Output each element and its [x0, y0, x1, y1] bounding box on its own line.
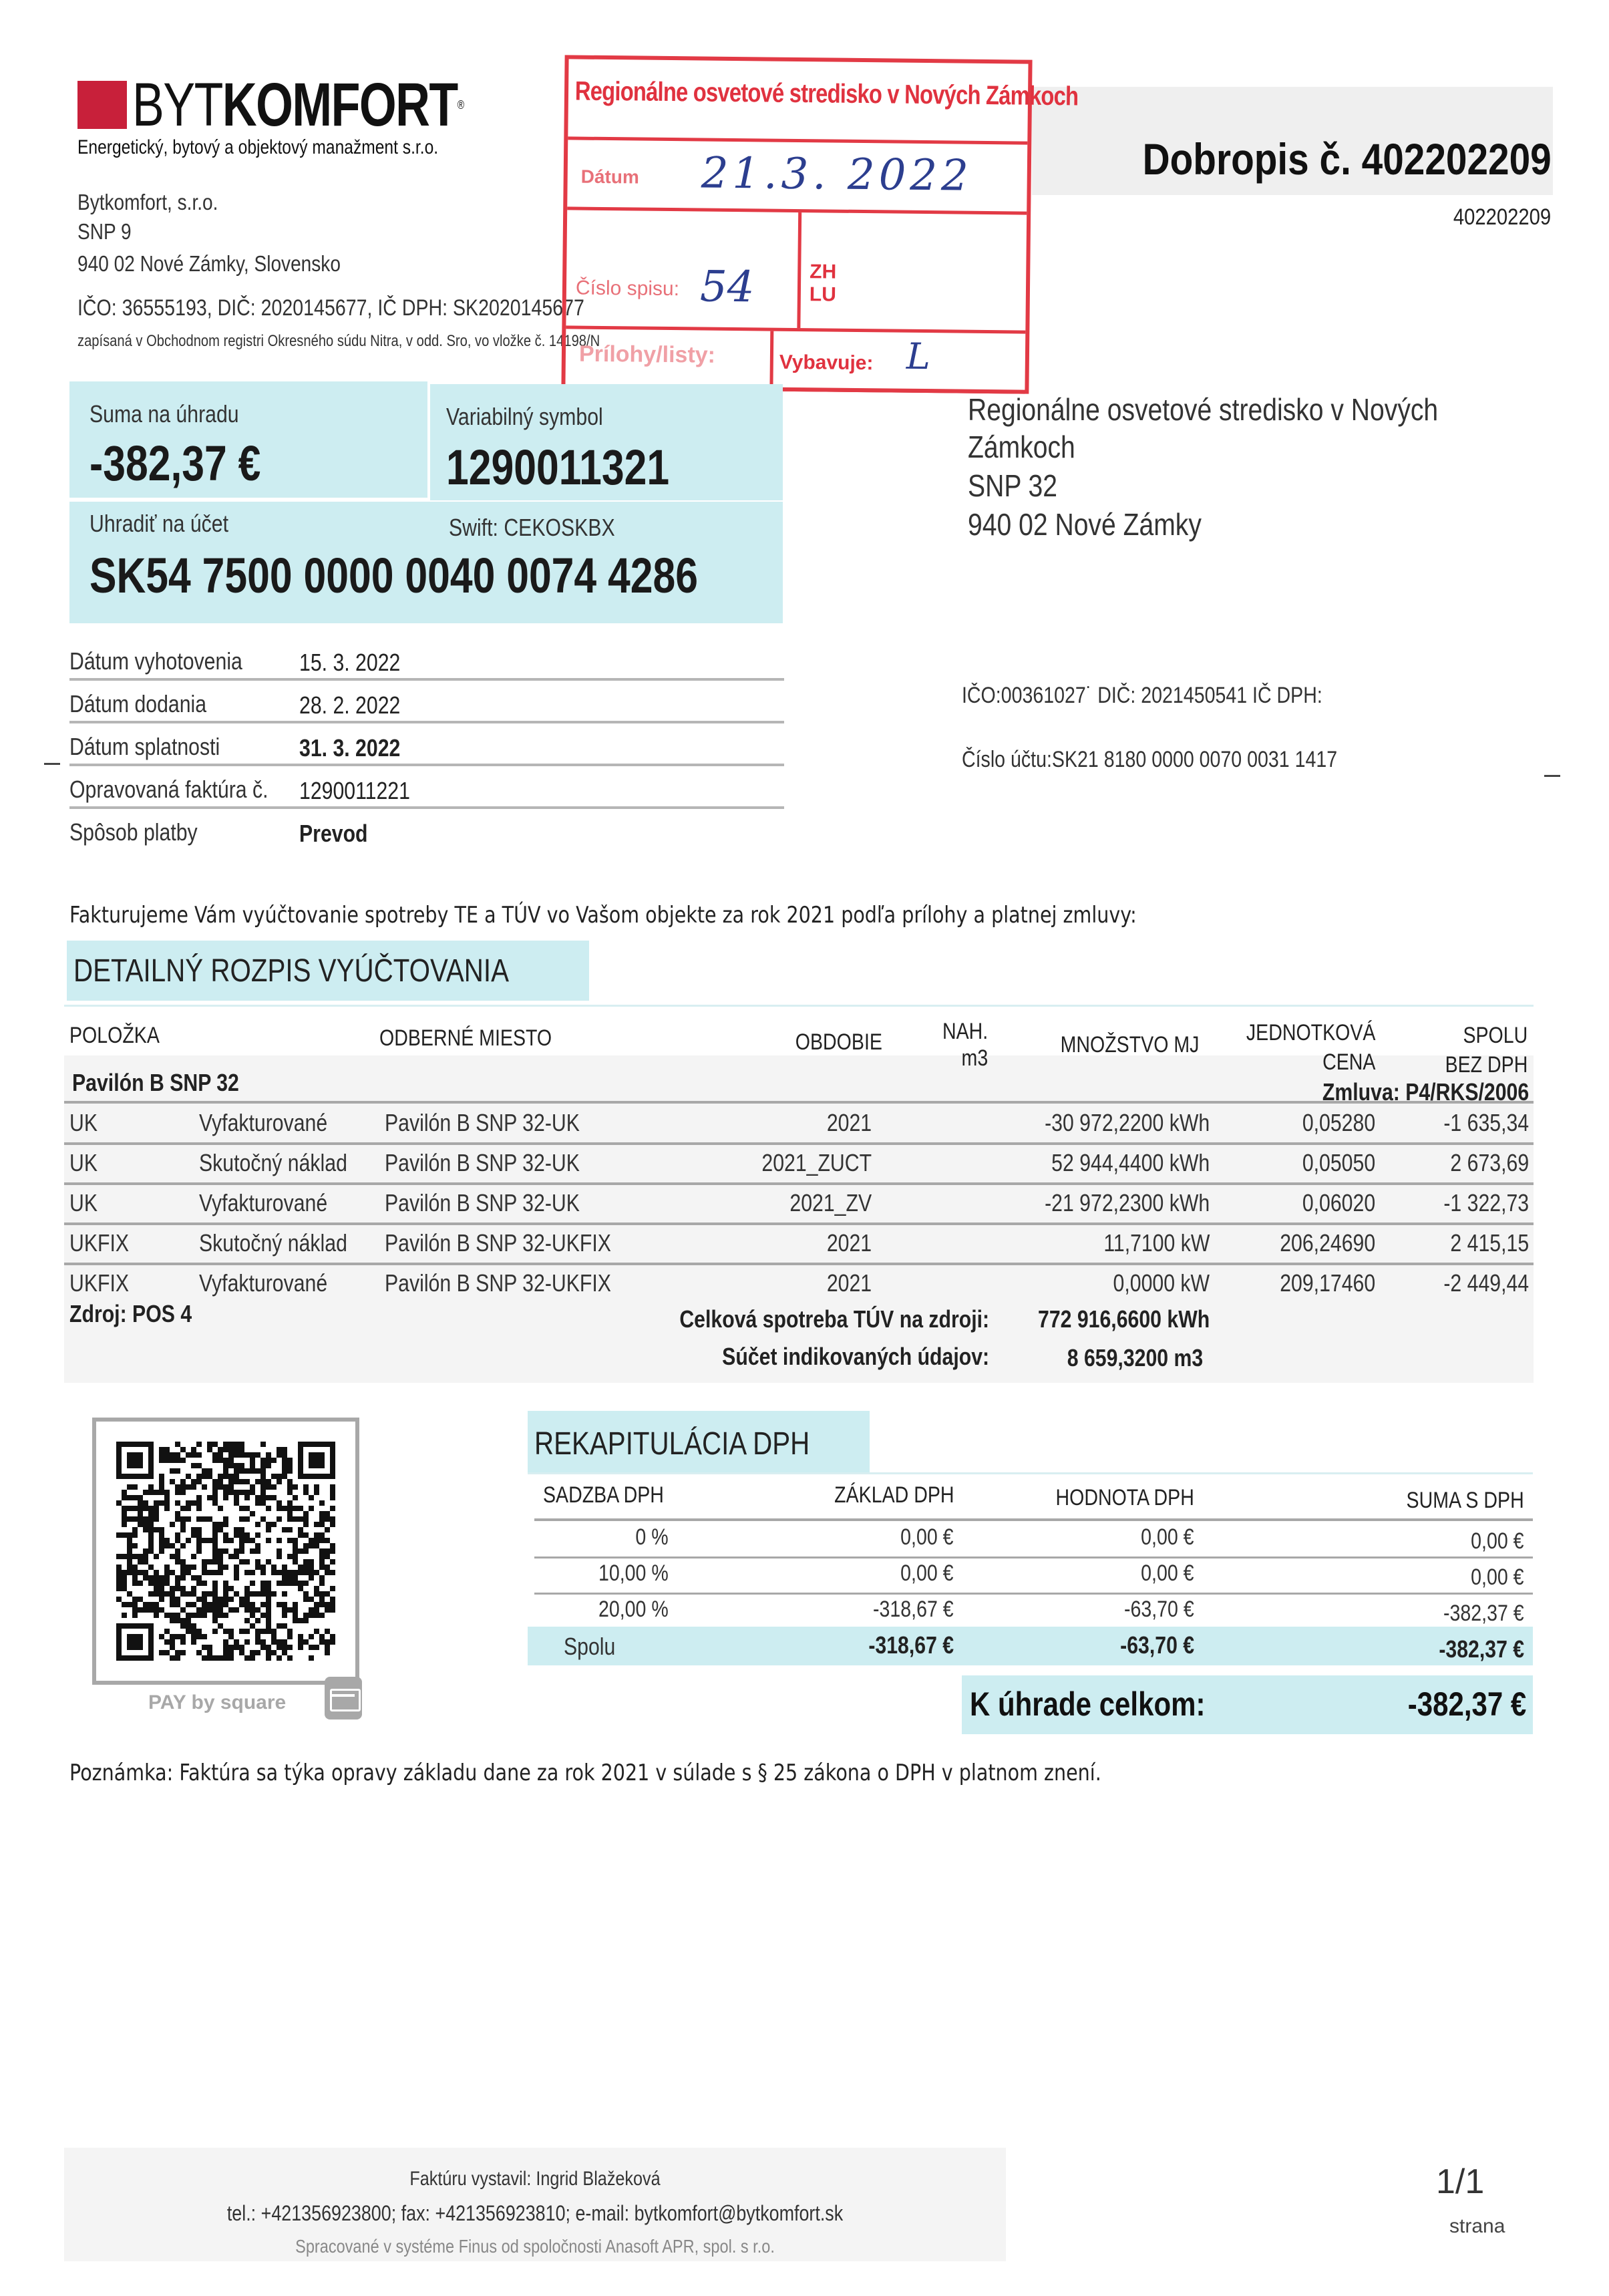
- header-total-with-vat: SUMA S DPH: [1407, 1487, 1524, 1514]
- document-title: Dobropis č. 402202209: [1143, 134, 1552, 184]
- row-quantity: 52 944,4400 kWh: [1051, 1149, 1210, 1177]
- row-total: 2 415,15: [1450, 1229, 1529, 1257]
- supplier-name: Bytkomfort, s.r.o.: [77, 190, 218, 215]
- row-item: UK: [69, 1109, 98, 1137]
- header-unit-price-line1: JEDNOTKOVÁ: [1246, 1019, 1375, 1046]
- logo-tagline: Energetický, bytový a objektový manažmen…: [77, 136, 438, 159]
- indicated-sum-label: Súčet indikovaných údajov:: [722, 1343, 989, 1371]
- row-type: Vyfakturované: [199, 1269, 327, 1297]
- grand-total-label: K úhrade celkom:: [970, 1685, 1205, 1724]
- vat-total-base: -318,67 €: [868, 1631, 954, 1659]
- date-label: Dátum vyhotovenia: [69, 647, 242, 675]
- vat-rate: 20,00 %: [598, 1597, 669, 1623]
- amount-due-label: Suma na úhradu: [90, 400, 239, 428]
- row-type: Skutočný náklad: [199, 1229, 347, 1257]
- stamp-file-handwritten: 54: [700, 262, 755, 312]
- recipient-name-line1: Regionálne osvetové stredisko v Nových: [968, 391, 1438, 428]
- supplier-street: SNP 9: [77, 219, 132, 244]
- stamp-file-row: Číslo spisu: 54 ZH LU: [566, 210, 1027, 333]
- vat-base: -318,67 €: [873, 1597, 954, 1623]
- detail-section-header: DETAILNÝ ROZPIS VYÚČTOVANIA: [67, 941, 589, 1001]
- footer-software: Spracované v systéme Finus od spoločnost…: [140, 2236, 930, 2257]
- date-value: Prevod: [299, 820, 368, 848]
- date-label: Opravovaná faktúra č.: [69, 776, 269, 804]
- row-total: -1 322,73: [1443, 1189, 1529, 1217]
- row-total: -2 449,44: [1443, 1269, 1529, 1297]
- variable-symbol-label: Variabilný symbol: [446, 403, 603, 431]
- stamp-date-handwritten: 21.3. 2022: [701, 148, 972, 200]
- logo-brand-bold: KOMFORT: [222, 71, 458, 139]
- page-label: strana: [1449, 2215, 1505, 2238]
- company-logo: BYTKOMFORT®: [77, 75, 556, 135]
- vat-total-row: [528, 1627, 1533, 1665]
- document-number: 402202209: [1453, 204, 1551, 230]
- header-allocated-line1: NAH.: [942, 1018, 988, 1045]
- recipient-ids: IČO:00361027˙ DIČ: 2021450541 IČ DPH:: [962, 683, 1322, 709]
- registry-stamp: Regionálne osvetové stredisko v Nových Z…: [561, 55, 1032, 393]
- recipient-street: SNP 32: [968, 468, 1057, 504]
- row-divider: [64, 1263, 1534, 1265]
- logo-mark-icon: [77, 81, 127, 129]
- vat-base: 0,00 €: [901, 1524, 954, 1550]
- header-allocated-line2: m3: [961, 1045, 988, 1072]
- row-period: 2021: [827, 1269, 872, 1297]
- recipient-account: Číslo účtu:SK21 8180 0000 0070 0031 1417: [962, 747, 1337, 773]
- header-place: ODBERNÉ MIESTO: [379, 1025, 552, 1051]
- vat-section-title: REKAPITULÁCIA DPH: [534, 1426, 810, 1462]
- detail-section-title: DETAILNÝ ROZPIS VYÚČTOVANIA: [73, 953, 509, 989]
- date-value: 1290011221: [299, 777, 410, 805]
- footer: Faktúru vystavil: Ingrid Blažeková tel.:…: [64, 2148, 1006, 2261]
- row-place: Pavilón B SNP 32-UKFIX: [385, 1269, 611, 1297]
- vat-rate: 10,00 %: [598, 1561, 669, 1587]
- stamp-divider: [769, 331, 773, 388]
- row-place: Pavilón B SNP 32-UK: [385, 1189, 580, 1217]
- row-quantity: 0,0000 kW: [1113, 1269, 1210, 1297]
- vat-total: 0,00 €: [1471, 1528, 1524, 1554]
- header-vat-rate: SADZBA DPH: [543, 1482, 664, 1508]
- header-quantity: MNOŽSTVO MJ: [1060, 1031, 1199, 1058]
- amount-due-box: Suma na úhradu -382,37 €: [69, 381, 427, 498]
- qr-code-icon: [116, 1442, 335, 1661]
- date-label: Dátum splatnosti: [69, 733, 220, 761]
- row-divider: [64, 1182, 1534, 1185]
- invoice-dates: Dátum vyhotovenia 15. 3. 2022 Dátum doda…: [69, 638, 784, 852]
- date-label: Spôsob platby: [69, 818, 198, 846]
- page-number: 1/1: [1436, 2162, 1484, 2202]
- row-type: Vyfakturované: [199, 1189, 327, 1217]
- card-icon: [325, 1677, 362, 1719]
- stamp-date-label: Dátum: [581, 166, 639, 188]
- row-item: UKFIX: [69, 1269, 129, 1297]
- row-divider: [534, 1593, 1533, 1595]
- group-label: Pavilón B SNP 32: [72, 1069, 239, 1097]
- vat-total-with-vat: -382,37 €: [1439, 1635, 1524, 1663]
- header-unit-price-line2: CENA: [1322, 1049, 1375, 1076]
- row-quantity: -30 972,2200 kWh: [1045, 1109, 1210, 1137]
- vat-total: 0,00 €: [1471, 1565, 1524, 1591]
- iban-value: SK54 7500 0000 0040 0074 4286: [90, 547, 698, 604]
- vat-amount: 0,00 €: [1141, 1524, 1194, 1550]
- row-total: -1 635,34: [1443, 1109, 1529, 1137]
- recipient-city: 940 02 Nové Zámky: [968, 506, 1202, 542]
- date-value: 15. 3. 2022: [299, 649, 400, 677]
- header-total-line2: BEZ DPH: [1445, 1051, 1528, 1078]
- date-row-due: Dátum splatnosti 31. 3. 2022: [69, 723, 784, 766]
- date-label: Dátum dodania: [69, 690, 206, 718]
- stamp-zh-lu: ZH LU: [810, 261, 837, 306]
- date-value: 28. 2. 2022: [299, 691, 400, 719]
- stamp-divider: [797, 212, 801, 328]
- row-unit-price: 206,24690: [1280, 1229, 1375, 1257]
- hot-water-total-value: 772 916,6600 kWh: [1038, 1305, 1210, 1333]
- header-vat-amount: HODNOTA DPH: [1056, 1484, 1194, 1511]
- footer-contacts: tel.: +421356923800; fax: +421356923810;…: [140, 2201, 930, 2226]
- date-row-delivery: Dátum dodania 28. 2. 2022: [69, 681, 784, 723]
- heat-source: Zdroj: POS 4: [69, 1300, 192, 1328]
- row-period: 2021: [827, 1229, 872, 1257]
- registered-mark: ®: [458, 98, 464, 112]
- row-divider: [534, 1556, 1533, 1559]
- footer-issued-by: Faktúru vystavil: Ingrid Blažeková: [140, 2168, 930, 2190]
- stamp-title: Regionálne osvetové stredisko v Nových Z…: [568, 59, 1028, 141]
- date-row-corrected-invoice: Opravovaná faktúra č. 1290011221: [69, 766, 784, 809]
- row-type: Vyfakturované: [199, 1109, 327, 1137]
- header-total-line1: SPOLU: [1463, 1022, 1528, 1049]
- intro-text: Fakturujeme Vám vyúčtovanie spotreby TE …: [69, 902, 1137, 929]
- row-divider: [64, 1142, 1534, 1145]
- vat-section-header: REKAPITULÁCIA DPH: [528, 1411, 870, 1472]
- vat-amount: 0,00 €: [1141, 1561, 1194, 1587]
- vat-total-label: Spolu: [564, 1633, 615, 1661]
- detail-table-background: [64, 1055, 1534, 1383]
- stamp-zh: ZH: [810, 261, 836, 283]
- stamp-file-label: Číslo spisu:: [576, 277, 679, 301]
- row-place: Pavilón B SNP 32-UK: [385, 1149, 580, 1177]
- pay-by-square-caption: PAY by square: [148, 1691, 286, 1714]
- row-period: 2021_ZUCT: [761, 1149, 872, 1177]
- date-row-payment-method: Spôsob platby Prevod: [69, 809, 784, 852]
- header-item: POLOŽKA: [69, 1022, 160, 1049]
- row-total: 2 673,69: [1450, 1149, 1529, 1177]
- logo-wordmark: BYTKOMFORT®: [132, 75, 463, 135]
- row-unit-price: 0,06020: [1302, 1189, 1375, 1217]
- row-unit-price: 0,05050: [1302, 1149, 1375, 1177]
- header-vat-base: ZÁKLAD DPH: [834, 1482, 954, 1508]
- row-period: 2021: [827, 1109, 872, 1137]
- amount-due-value: -382,37 €: [90, 435, 260, 492]
- indicated-sum-value: 8 659,3200 m3: [1067, 1344, 1203, 1372]
- recipient-name-line2: Zámkoch: [968, 429, 1075, 465]
- fold-mark: [1544, 775, 1560, 777]
- row-place: Pavilón B SNP 32-UK: [385, 1109, 580, 1137]
- stamp-date-row: Dátum 21.3. 2022: [567, 136, 1027, 214]
- stamp-lu: LU: [810, 283, 836, 306]
- vat-amount: -63,70 €: [1124, 1597, 1194, 1623]
- pay-by-square-qr-frame: [92, 1418, 359, 1685]
- section-divider: [528, 1472, 1533, 1474]
- stamp-attachments-label: Prílohy/listy:: [579, 341, 715, 369]
- row-divider: [64, 1222, 1534, 1225]
- row-unit-price: 209,17460: [1280, 1269, 1375, 1297]
- row-item: UKFIX: [69, 1229, 129, 1257]
- section-divider: [64, 1005, 1534, 1007]
- grand-total-box: K úhrade celkom: -382,37 €: [962, 1675, 1533, 1734]
- vat-total: -382,37 €: [1443, 1601, 1524, 1627]
- row-quantity: -21 972,2300 kWh: [1045, 1189, 1210, 1217]
- row-type: Skutočný náklad: [199, 1149, 347, 1177]
- row-unit-price: 0,05280: [1302, 1109, 1375, 1137]
- logo-brand-thin: BYT: [132, 71, 222, 139]
- row-place: Pavilón B SNP 32-UKFIX: [385, 1229, 611, 1257]
- row-item: UK: [69, 1189, 98, 1217]
- header-period: OBDOBIE: [795, 1029, 882, 1055]
- variable-symbol-value: 1290011321: [446, 439, 669, 496]
- row-divider: [534, 1518, 1533, 1521]
- vat-rate: 0 %: [636, 1524, 669, 1550]
- date-row-issue: Dátum vyhotovenia 15. 3. 2022: [69, 638, 784, 681]
- vat-base: 0,00 €: [901, 1561, 954, 1587]
- supplier-ids: IČO: 36555193, DIČ: 2020145677, IČ DPH: …: [77, 295, 584, 321]
- note-text: Poznámka: Faktúra sa týka opravy základu…: [69, 1760, 1101, 1786]
- swift-code: Swift: CEKOSKBX: [449, 514, 615, 542]
- bank-account-label: Uhradiť na účet: [90, 510, 228, 538]
- fold-mark: [44, 763, 60, 765]
- supplier-register: zapísaná v Obchodnom registri Okresného …: [77, 332, 600, 351]
- row-quantity: 11,7100 kW: [1103, 1229, 1210, 1257]
- row-divider: [64, 1101, 1534, 1104]
- vat-total-amount: -63,70 €: [1120, 1631, 1194, 1659]
- variable-symbol-box: Variabilný symbol 1290011321: [430, 384, 783, 500]
- date-value: 31. 3. 2022: [299, 734, 400, 762]
- row-period: 2021_ZV: [789, 1189, 872, 1217]
- hot-water-total-label: Celková spotreba TÚV na zdroji:: [679, 1305, 989, 1333]
- stamp-handler-signature: L: [906, 335, 931, 377]
- supplier-city: 940 02 Nové Zámky, Slovensko: [77, 251, 341, 277]
- row-item: UK: [69, 1149, 98, 1177]
- bank-account-box: Uhradiť na účet Swift: CEKOSKBX SK54 750…: [69, 502, 783, 623]
- grand-total-value: -382,37 €: [1408, 1685, 1526, 1724]
- stamp-handler-label: Vybavuje:: [779, 351, 874, 375]
